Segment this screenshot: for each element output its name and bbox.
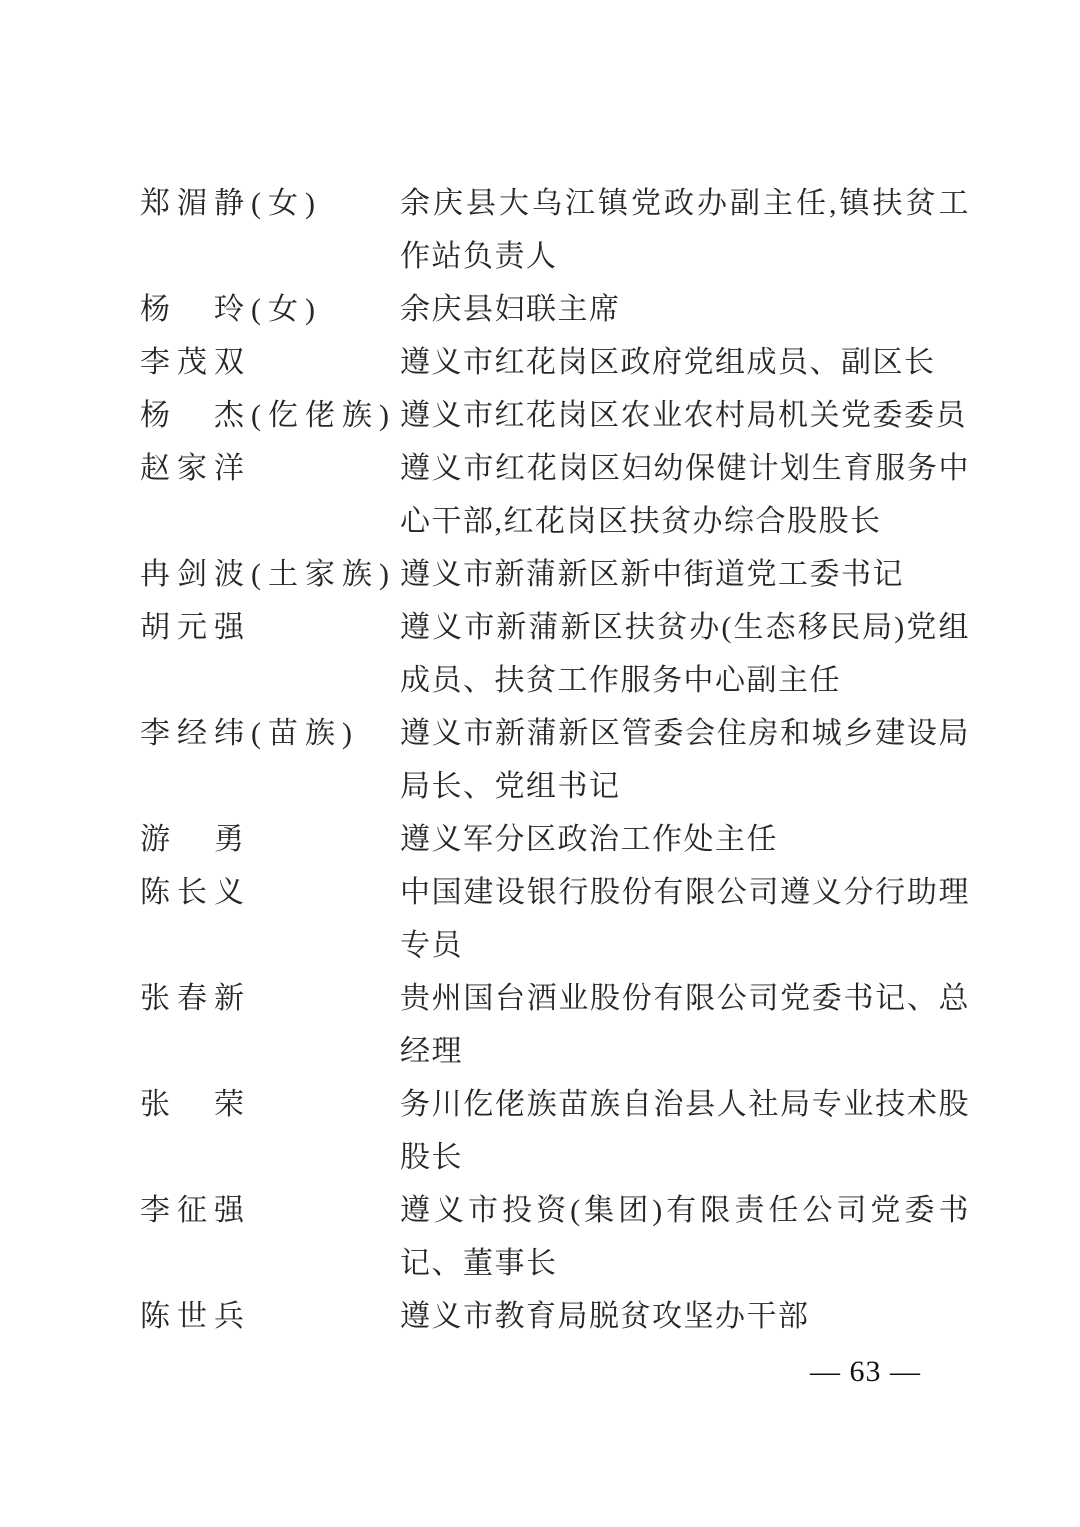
person-name: 杨 杰(仡佬族) (140, 389, 400, 442)
roster-row: 张 荣 务川仡佬族苗族自治县人社局专业技术股股长 (140, 1078, 970, 1184)
person-name: 李征强 (140, 1184, 400, 1237)
person-name: 郑湄静(女) (140, 177, 400, 230)
roster-row: 赵家洋 遵义市红花岗区妇幼保健计划生育服务中心干部,红花岗区扶贫办综合股股长 (140, 442, 970, 548)
person-title: 遵义市新蒲新区新中街道党工委书记 (400, 548, 970, 601)
person-title: 遵义市红花岗区妇幼保健计划生育服务中心干部,红花岗区扶贫办综合股股长 (400, 442, 970, 548)
roster-row: 张春新 贵州国台酒业股份有限公司党委书记、总经理 (140, 972, 970, 1078)
person-title: 遵义军分区政治工作处主任 (400, 813, 970, 866)
person-title: 遵义市投资(集团)有限责任公司党委书记、董事长 (400, 1184, 970, 1290)
person-name: 胡元强 (140, 601, 400, 654)
person-title: 务川仡佬族苗族自治县人社局专业技术股股长 (400, 1078, 970, 1184)
person-name: 李茂双 (140, 336, 400, 389)
roster-row: 李茂双 遵义市红花岗区政府党组成员、副区长 (140, 336, 970, 389)
person-name: 冉剑波(土家族) (140, 548, 400, 601)
roster-row: 李征强 遵义市投资(集团)有限责任公司党委书记、董事长 (140, 1184, 970, 1290)
document-page: 郑湄静(女) 余庆县大乌江镇党政办副主任,镇扶贫工作站负责人 杨 玲(女) 余庆… (0, 0, 1080, 1527)
roster-row: 杨 玲(女) 余庆县妇联主席 (140, 283, 970, 336)
person-name: 赵家洋 (140, 442, 400, 495)
roster-list: 郑湄静(女) 余庆县大乌江镇党政办副主任,镇扶贫工作站负责人 杨 玲(女) 余庆… (140, 177, 970, 1343)
person-title: 中国建设银行股份有限公司遵义分行助理专员 (400, 866, 970, 972)
person-name: 张春新 (140, 972, 400, 1025)
roster-row: 冉剑波(土家族) 遵义市新蒲新区新中街道党工委书记 (140, 548, 970, 601)
person-title: 遵义市红花岗区农业农村局机关党委委员 (400, 389, 970, 442)
person-title: 余庆县妇联主席 (400, 283, 970, 336)
page-number: — 63 — (810, 1350, 970, 1394)
person-name: 杨 玲(女) (140, 283, 400, 336)
person-title: 遵义市教育局脱贫攻坚办干部 (400, 1290, 970, 1343)
person-title: 余庆县大乌江镇党政办副主任,镇扶贫工作站负责人 (400, 177, 970, 283)
person-title: 遵义市红花岗区政府党组成员、副区长 (400, 336, 970, 389)
person-name: 游 勇 (140, 813, 400, 866)
person-name: 陈世兵 (140, 1290, 400, 1343)
roster-row: 陈世兵 遵义市教育局脱贫攻坚办干部 (140, 1290, 970, 1343)
roster-row: 郑湄静(女) 余庆县大乌江镇党政办副主任,镇扶贫工作站负责人 (140, 177, 970, 283)
person-name: 张 荣 (140, 1078, 400, 1131)
roster-row: 李经纬(苗族) 遵义市新蒲新区管委会住房和城乡建设局局长、党组书记 (140, 707, 970, 813)
roster-row: 陈长义 中国建设银行股份有限公司遵义分行助理专员 (140, 866, 970, 972)
person-name: 陈长义 (140, 866, 400, 919)
roster-row: 游 勇 遵义军分区政治工作处主任 (140, 813, 970, 866)
roster-row: 胡元强 遵义市新蒲新区扶贫办(生态移民局)党组成员、扶贫工作服务中心副主任 (140, 601, 970, 707)
person-title: 遵义市新蒲新区管委会住房和城乡建设局局长、党组书记 (400, 707, 970, 813)
person-name: 李经纬(苗族) (140, 707, 400, 760)
person-title: 遵义市新蒲新区扶贫办(生态移民局)党组成员、扶贫工作服务中心副主任 (400, 601, 970, 707)
roster-row: 杨 杰(仡佬族) 遵义市红花岗区农业农村局机关党委委员 (140, 389, 970, 442)
person-title: 贵州国台酒业股份有限公司党委书记、总经理 (400, 972, 970, 1078)
